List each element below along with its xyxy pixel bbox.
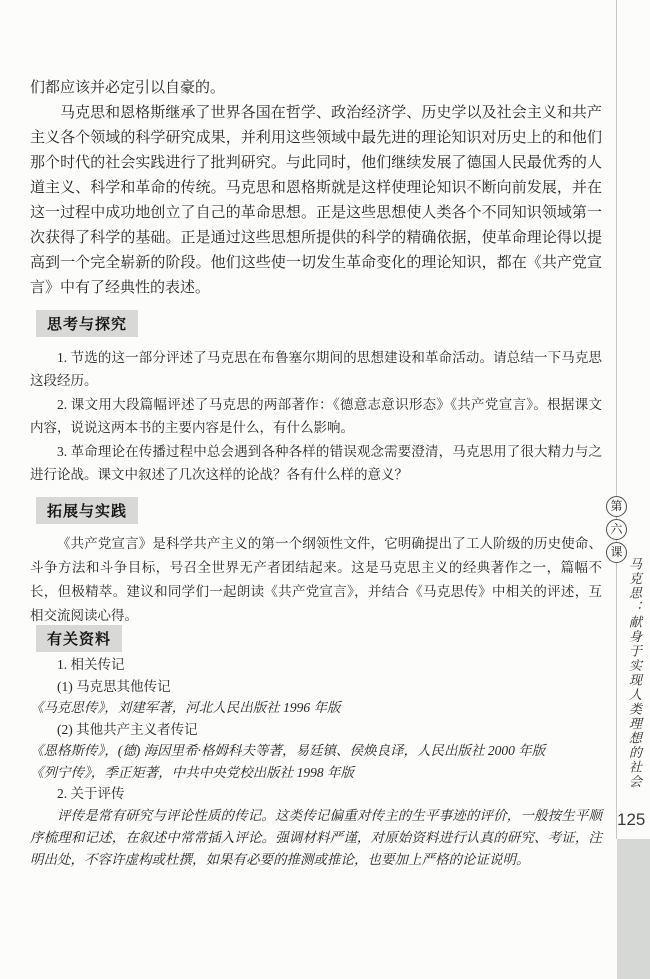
resource-item-1: 1. 相关传记 <box>30 654 602 676</box>
section-header-think: 思考与探究 <box>36 310 138 337</box>
main-text-block: 们都应该并必定引以自豪的。 马克思和恩格斯继承了世界各国在哲学、政治经济学、历史… <box>30 76 602 301</box>
question-item-1: 1. 节选的这一部分评述了马克思在布鲁塞尔期间的思想建设和革命活动。请总结一下马… <box>30 346 602 392</box>
lesson-badge-char-1: 第 <box>606 496 627 517</box>
resource-item-2: 2. 关于评传 <box>30 783 602 805</box>
vertical-chapter-title: 马克思：献身于实现人类理想的社会 <box>625 557 644 789</box>
resource-book-1: 《马克思传》，刘建军著，河北人民出版社 1996 年版 <box>30 697 602 719</box>
section-body-think: 1. 节选的这一部分评述了马克思在布鲁塞尔期间的思想建设和革命活动。请总结一下马… <box>30 346 602 487</box>
practice-paragraph: 《共产党宣言》是科学共产主义的第一个纲领性文件，它明确提出了工人阶级的历史使命、… <box>30 532 602 628</box>
question-item-3: 3. 革命理论在传播过程中总会遇到各种各样的错误观念需要澄清，马克思用了很大精力… <box>30 440 602 486</box>
textbook-page: 们都应该并必定引以自豪的。 马克思和恩格斯继承了世界各国在哲学、政治经济学、历史… <box>0 0 650 979</box>
sidebar-vertical-rule <box>616 0 617 839</box>
paragraph-main: 马克思和恩格斯继承了世界各国在哲学、政治经济学、历史学以及社会主义和共产主义各个… <box>30 101 602 301</box>
resource-subitem-2: (2) 其他共产主义者传记 <box>30 719 602 741</box>
resource-book-3: 《列宁传》，季正矩著，中共中央党校出版社 1998 年版 <box>30 762 602 784</box>
resource-subitem-1: (1) 马克思其他传记 <box>30 676 602 698</box>
section-header-resources: 有关资料 <box>36 625 122 652</box>
question-item-2: 2. 课文用大段篇幅评述了马克思的两部著作：《德意志意识形态》《共产党宣言》。根… <box>30 393 602 439</box>
lesson-badge-char-3: 课 <box>606 542 627 563</box>
paragraph-continued: 们都应该并必定引以自豪的。 <box>30 76 602 101</box>
resource-item-2-text: 评传是常有研究与评论性质的传记。这类传记偏重对传主的生平事迹的评价，一般按生平顺… <box>30 805 602 871</box>
section-body-resources: 1. 相关传记 (1) 马克思其他传记 《马克思传》，刘建军著，河北人民出版社 … <box>30 654 602 871</box>
section-header-practice: 拓展与实践 <box>36 497 138 524</box>
lesson-badge-char-2: 六 <box>606 519 627 540</box>
resource-book-2: 《恩格斯传》，(德) 海因里希·格姆科夫等著，易廷镇、侯焕良译，人民出版社 20… <box>30 740 602 762</box>
corner-tab-block <box>617 839 650 979</box>
section-body-practice: 《共产党宣言》是科学共产主义的第一个纲领性文件，它明确提出了工人阶级的历史使命、… <box>30 532 602 628</box>
page-number: 125 <box>617 810 645 830</box>
